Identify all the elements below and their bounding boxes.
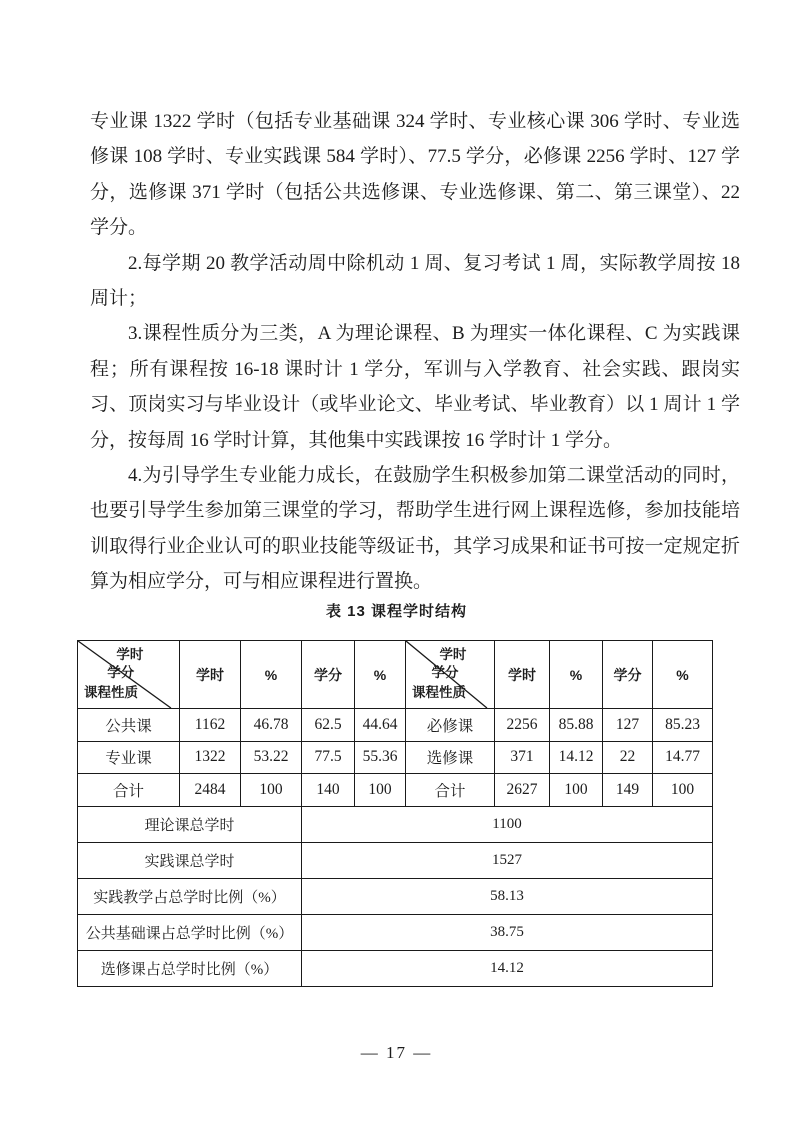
diag-label-course-nature: 课程性质 [412, 685, 466, 701]
cell-credits-pct: 44.64 [355, 709, 406, 742]
summary-row-elective-pct: 选修课占总学时比例（%） 14.12 [78, 950, 713, 986]
summary-label: 实践教学占总学时比例（%） [78, 878, 302, 914]
cell-hours-pct: 100 [550, 774, 603, 807]
cell-hours: 2627 [495, 774, 550, 807]
paragraph-4: 4.为引导学生专业能力成长，在鼓励学生积极参加第二课堂活动的同时，也要引导学生参… [90, 458, 740, 600]
cell-hours-pct: 46.78 [241, 709, 302, 742]
row-label: 公共课 [78, 709, 180, 742]
cell-hours: 2484 [180, 774, 241, 807]
cell-credits-pct: 55.36 [355, 741, 406, 774]
paragraph-2: 2.每学期 20 教学活动周中除机动 1 周、复习考试 1 周，实际教学周按 1… [90, 246, 740, 317]
summary-value: 1100 [302, 806, 713, 842]
cell-hours: 1162 [180, 709, 241, 742]
cell-credits: 149 [603, 774, 653, 807]
row-label: 选修课 [406, 741, 495, 774]
summary-row-practice-hours: 实践课总学时 1527 [78, 842, 713, 878]
cell-hours-pct: 85.88 [550, 709, 603, 742]
cell-hours-pct: 14.12 [550, 741, 603, 774]
cell-hours-pct: 53.22 [241, 741, 302, 774]
summary-label: 理论课总学时 [78, 806, 302, 842]
summary-value: 58.13 [302, 878, 713, 914]
header-pct-right-1: % [550, 641, 603, 709]
header-pct-right-2: % [653, 641, 713, 709]
summary-value: 14.12 [302, 950, 713, 986]
diag-label-course-nature: 课程性质 [84, 685, 138, 701]
header-pct-left-1: % [241, 641, 302, 709]
row-label: 合计 [406, 774, 495, 807]
cell-hours: 2256 [495, 709, 550, 742]
table-row-public-required: 公共课 1162 46.78 62.5 44.64 必修课 2256 85.88… [78, 709, 713, 742]
cell-hours: 1322 [180, 741, 241, 774]
table-row-major-elective: 专业课 1322 53.22 77.5 55.36 选修课 371 14.12 … [78, 741, 713, 774]
cell-credits-pct: 85.23 [653, 709, 713, 742]
summary-row-practice-pct: 实践教学占总学时比例（%） 58.13 [78, 878, 713, 914]
cell-credits: 22 [603, 741, 653, 774]
body-text: 专业课 1322 学时（包括专业基础课 324 学时、专业核心课 306 学时、… [90, 104, 740, 600]
header-credits-right: 学分 [603, 641, 653, 709]
row-label: 专业课 [78, 741, 180, 774]
course-hours-table: 学时 学分 课程性质 学时 % 学分 % 学时 学分 课程性质 学时 % 学分 … [77, 640, 713, 987]
diag-label-hours: 学时 [439, 647, 466, 663]
paragraph-1: 专业课 1322 学时（包括专业基础课 324 学时、专业核心课 306 学时、… [90, 104, 740, 246]
diag-label-credits: 学分 [432, 665, 459, 681]
header-hours-right: 学时 [495, 641, 550, 709]
cell-hours: 371 [495, 741, 550, 774]
table-caption: 表 13 课程学时结构 [0, 601, 793, 623]
table-row-totals: 合计 2484 100 140 100 合计 2627 100 149 100 [78, 774, 713, 807]
summary-value: 1527 [302, 842, 713, 878]
cell-credits: 140 [302, 774, 355, 807]
row-label: 合计 [78, 774, 180, 807]
cell-credits: 127 [603, 709, 653, 742]
summary-value: 38.75 [302, 914, 713, 950]
paragraph-3: 3.课程性质分为三类，A 为理论课程、B 为理实一体化课程、C 为实践课程；所有… [90, 316, 740, 458]
cell-credits-pct: 100 [653, 774, 713, 807]
summary-label: 公共基础课占总学时比例（%） [78, 914, 302, 950]
summary-row-theory-hours: 理论课总学时 1100 [78, 806, 713, 842]
summary-label: 实践课总学时 [78, 842, 302, 878]
diag-label-credits: 学分 [107, 665, 134, 681]
cell-credits: 62.5 [302, 709, 355, 742]
header-pct-left-2: % [355, 641, 406, 709]
header-credits-left: 学分 [302, 641, 355, 709]
cell-credits-pct: 100 [355, 774, 406, 807]
diagonal-header-cell-left: 学时 学分 课程性质 [78, 641, 180, 709]
table-header-row: 学时 学分 课程性质 学时 % 学分 % 学时 学分 课程性质 学时 % 学分 … [78, 641, 713, 709]
diagonal-header-cell-right: 学时 学分 课程性质 [406, 641, 495, 709]
page-number: — 17 — [0, 1043, 793, 1063]
cell-credits-pct: 14.77 [653, 741, 713, 774]
header-hours-left: 学时 [180, 641, 241, 709]
summary-label: 选修课占总学时比例（%） [78, 950, 302, 986]
diag-label-hours: 学时 [116, 647, 143, 663]
cell-hours-pct: 100 [241, 774, 302, 807]
row-label: 必修课 [406, 709, 495, 742]
cell-credits: 77.5 [302, 741, 355, 774]
document-page: 专业课 1322 学时（包括专业基础课 324 学时、专业核心课 306 学时、… [0, 0, 793, 1122]
summary-row-public-basic-pct: 公共基础课占总学时比例（%） 38.75 [78, 914, 713, 950]
